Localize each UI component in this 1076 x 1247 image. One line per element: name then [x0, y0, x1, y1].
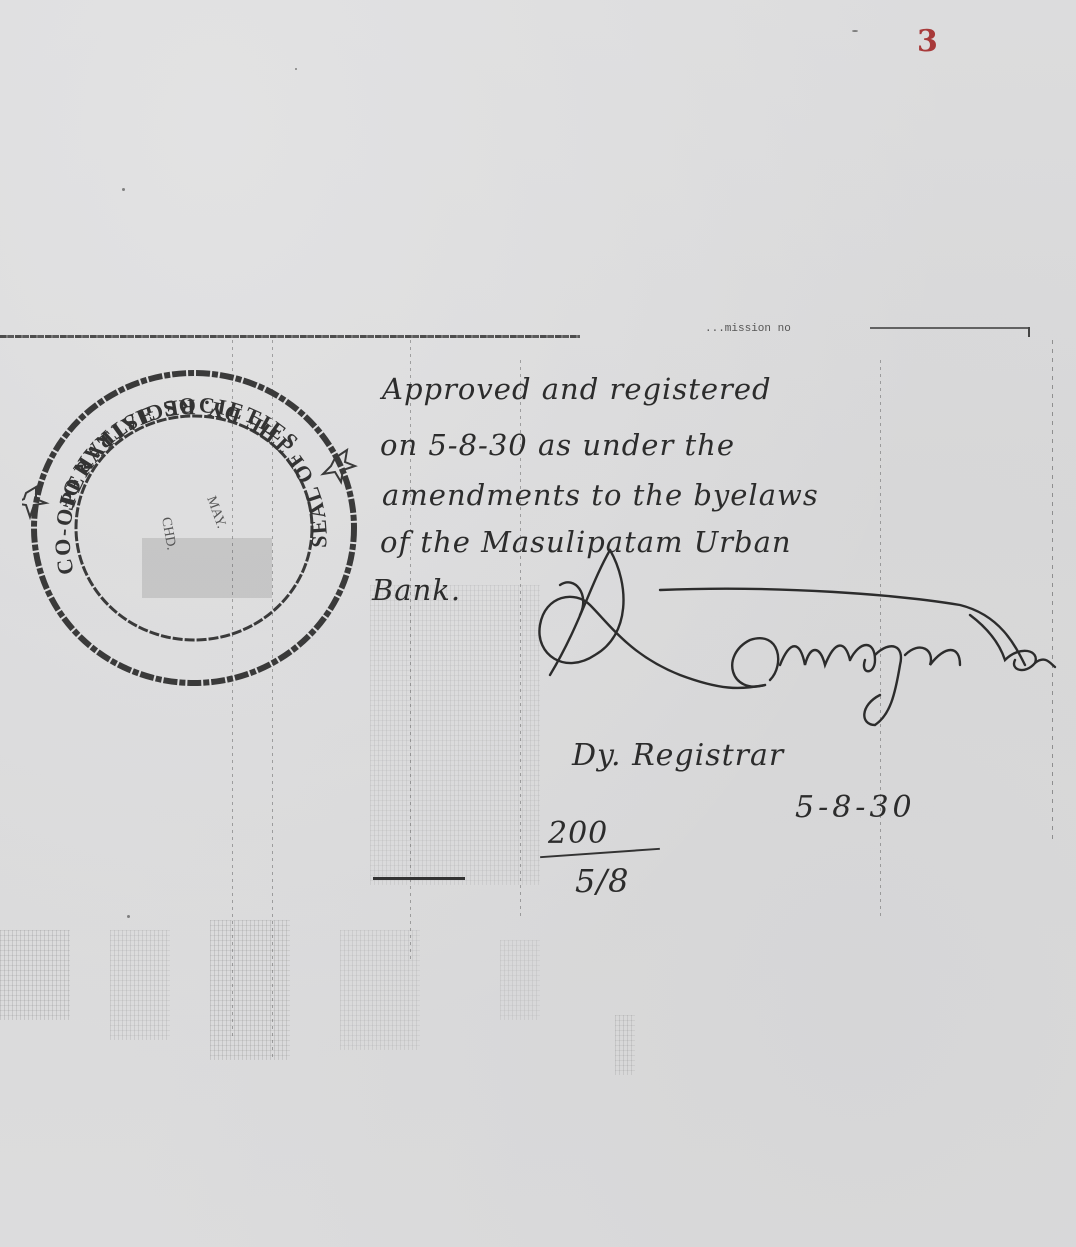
- official-seal: CO-OPERATIVE SOCIETIES SEAL OF THE DY. R…: [22, 358, 367, 698]
- form-header-fragment: ...mission no: [705, 323, 791, 335]
- form-top-rule-right: [870, 327, 1030, 329]
- photocopy-noise: [340, 930, 420, 1050]
- photocopy-noise: [500, 940, 540, 1020]
- form-rule-tick: [1028, 327, 1030, 337]
- signatory-designation: Dy. Registrar: [572, 738, 784, 773]
- seal-inner-text-2: MAY.: [203, 494, 228, 530]
- endorsement-line-3: amendments to the byelaws: [382, 478, 819, 512]
- photocopy-noise: [210, 920, 290, 1060]
- photocopy-noise: [615, 1015, 635, 1075]
- notation-denominator: 5/8: [575, 862, 630, 900]
- photocopy-noise: [0, 930, 70, 1020]
- signature-date: 5-8-30: [795, 790, 916, 825]
- photocopy-noise: [110, 930, 170, 1040]
- notation-numerator: 200: [548, 816, 608, 851]
- speck: [295, 68, 297, 70]
- seal-text-bottom: SEAL OF THE DY. REGISTRAR OF: [53, 395, 332, 549]
- endorsement-line-2: on 5-8-30 as under the: [380, 428, 735, 462]
- form-top-rule: [0, 335, 580, 338]
- endorsement-line-5: Bank.: [372, 573, 461, 607]
- speck: [122, 188, 125, 191]
- svg-text:SEAL OF THE DY. REGISTRAR OF: SEAL OF THE DY. REGISTRAR OF: [53, 395, 332, 549]
- signature: [480, 545, 1060, 735]
- speck: [852, 30, 858, 32]
- endorsement-line-1: Approved and registered: [382, 372, 772, 406]
- page-number: 3: [917, 24, 938, 59]
- speck: [127, 915, 130, 918]
- margin-dash: [373, 877, 465, 880]
